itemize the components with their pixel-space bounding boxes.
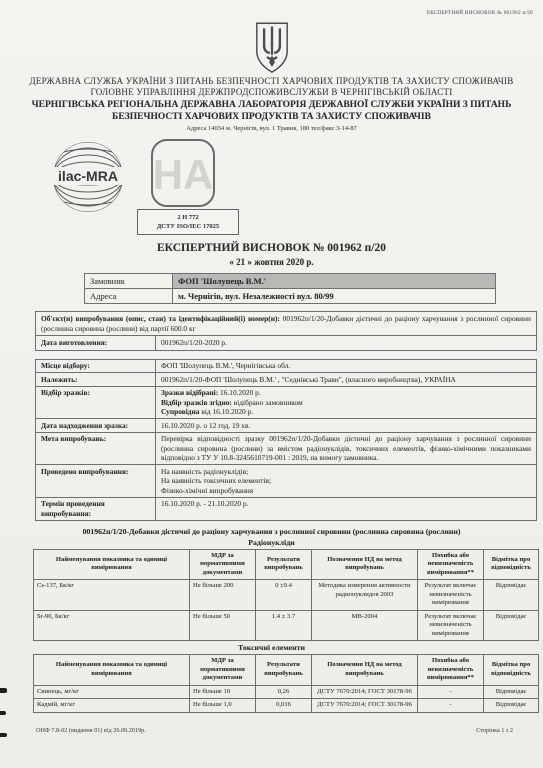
sampling-line-bold: Зразки відібрані: [161,388,218,397]
table-row: Замовник ФОП 'Шолупець В.М.' [85,274,496,289]
parameter-cell: Кадмій, мг/кг [34,699,190,713]
table-row: Дата виготовлення: 001962п/1/20-2020 р. [36,336,537,351]
method-cell: Методика измерения активности радионукли… [312,580,418,611]
table-row: Cs-137, Бк/кг Не більше 200 0 ±9.4 Метод… [34,580,539,611]
toxic-elements-table: Найменування показника та одиниці вимірю… [33,654,539,713]
lab-name: ЧЕРНІГІВСЬКА РЕГІОНАЛЬНА ДЕРЖАВНА ЛАБОРА… [0,99,543,123]
doc-ref-header: ЕКСПЕРТНИЙ ВИСНОВОК № 001962 п/20 [427,11,533,16]
table-row: Адреса м. Чернігів, вул. Незалежності ву… [85,289,496,304]
col-header-conformity: Відмітка про відповідність [484,549,539,580]
test-object-cell: Об'єкт(и) випробування (опис, стан) та і… [36,312,537,336]
table-header-row: Найменування показника та одиниці вимірю… [34,655,539,686]
conducted-line: На наявність радіонуклідів; [161,467,531,477]
page-number: Сторінка 1 з 2 [476,727,513,734]
col-header-method: Позначення НД на метод випробувань [312,655,418,686]
table-row: Місце відбору: ФОП 'Шолупець В.М.', Черн… [36,359,537,373]
table-row: Проведено випробування: На наявність рад… [36,465,537,498]
table-row: Sr-90, Бк/кг Не більше 50 1.4 ± 3.7 МВ-2… [34,610,539,641]
address-value: м. Чернігів, вул. Незалежності вул. 80/9… [173,289,496,304]
limit-cell: Не більше 1,0 [190,699,256,713]
radionuclides-section-title: Радіонукліди [0,538,543,547]
conducted-label: Проведено випробування: [36,465,156,498]
purpose-label: Мета випробувань: [36,432,156,465]
test-object-table: Об'єкт(и) випробування (опис, стан) та і… [35,311,537,351]
manufacture-date-label: Дата виготовлення: [36,336,156,351]
conducted-line: Фізико-хімічні випробування [161,486,531,496]
belongs-value: 001962п/1/20-ФОП 'Шолупець В.М.' , "Седн… [156,373,537,387]
table-row: Мета випробувань: Перевірка відповідност… [36,432,537,465]
received-date-value: 16.10.2020 р. о 12 год. 19 хв. [156,419,537,433]
accreditation-number: 2 Н 772 [139,213,237,222]
uncertainty-cell: - [418,699,484,713]
manufacture-date-value: 001962п/1/20-2020 р. [156,336,537,351]
sampling-label: Відбір зразків: [36,386,156,419]
method-cell: ДСТУ 7670:2014; ГОСТ 30178-96 [312,699,418,713]
uncertainty-cell: - [418,685,484,699]
result-cell: 0,016 [256,699,312,713]
col-header-conformity: Відмітка про відповідність [484,655,539,686]
sampling-line: Супровідна від 16.10.2020 р. [161,407,531,417]
sampling-value: Зразки відібрані: 16.10.2020 р. Відбір з… [156,386,537,419]
table-row: Належить: 001962п/1/20-ФОП 'Шолупець В.М… [36,373,537,387]
naau-logo-icon: НА [150,138,216,213]
limit-cell: Не більше 200 [190,580,256,611]
document-title: ЕКСПЕРТНИЙ ВИСНОВОК № 001962 п/20 [0,242,543,254]
table-row: Кадмій, мг/кг Не більше 1,0 0,016 ДСТУ 7… [34,699,539,713]
sampling-place-label: Місце відбору: [36,359,156,373]
conformity-cell: Відповідає [484,685,539,699]
parameter-cell: Cs-137, Бк/кг [34,580,190,611]
limit-cell: Не більше 50 [190,610,256,641]
method-cell: ДСТУ 7670:2014; ГОСТ 30178-96 [312,685,418,699]
parameter-cell: Sr-90, Бк/кг [34,610,190,641]
logos-row: ilac-MRA НА 2 Н 772 ДСТУ ISO/IEC 17025 [0,137,543,237]
test-object-label: Об'єкт(и) випробування (опис, стан) та і… [41,314,280,323]
sampling-line: Зразки відібрані: 16.10.2020 р. [161,388,531,398]
results-sample-heading: 001962п/1/20-Добавки дієтичні до раціону… [0,527,543,536]
sampling-line-bold: Супровідна [161,407,199,416]
conducted-line: На наявність токсичних елементів; [161,476,531,486]
sampling-line: Відбір зразків згідно: відібрано замовни… [161,398,531,408]
parameter-cell: Свинець, мг/кг [34,685,190,699]
sampling-line-bold: Відбір зразків згідно: [161,398,232,407]
table-row: Свинець, мг/кг Не більше 10 0,26 ДСТУ 76… [34,685,539,699]
belongs-label: Належить: [36,373,156,387]
toxic-section-title: Токсичні елементи [0,643,543,652]
sampling-place-value: ФОП 'Шолупець В.М.', Чернігівська обл. [156,359,537,373]
term-value: 16.10.2020 р. - 21.10.2020 р. [156,497,537,520]
ilac-mra-label: ilac-MRA [58,168,118,184]
scan-artifact [0,688,7,693]
uncertainty-cell: Результат включає невизначеність вимірюв… [418,580,484,611]
conformity-cell: Відповідає [484,580,539,611]
col-header-parameter: Найменування показника та одиниці вимірю… [34,549,190,580]
sampling-line-rest: відібрано замовником [234,398,303,407]
sampling-line-rest: 16.10.2020 р. [220,388,261,397]
document-page: ЕКСПЕРТНИЙ ВИСНОВОК № 001962 п/20 ДЕРЖАВ… [0,0,543,768]
conducted-value: На наявність радіонуклідів; На наявність… [156,465,537,498]
conformity-cell: Відповідає [484,610,539,641]
address-label: Адреса [85,289,173,304]
form-reference: ОНФ 7.8-02 (видання 01) від 26.09.2019р. [36,727,146,734]
col-header-uncertainty: Похибка або невизначеність вимірювання** [418,655,484,686]
trident-icon [254,22,290,74]
org-line-2: ГОЛОВНЕ УПРАВЛІННЯ ДЕРЖПРОДСПОЖИВСЛУЖБИ … [0,87,543,98]
client-value-highlighted: ФОП 'Шолупець В.М.' [173,274,496,289]
method-cell: МВ-2004 [312,610,418,641]
accreditation-number-box: 2 Н 772 ДСТУ ISO/IEC 17025 [137,209,239,235]
naau-monogram: НА [153,151,214,198]
client-table: Замовник ФОП 'Шолупець В.М.' Адреса м. Ч… [84,273,496,304]
ilac-mra-logo-icon: ilac-MRA [50,139,126,220]
col-header-limit: МДР за нормативними документами [190,549,256,580]
limit-cell: Не більше 10 [190,685,256,699]
sample-details-table: Місце відбору: ФОП 'Шолупець В.М.', Черн… [35,359,537,521]
col-header-parameter: Найменування показника та одиниці вимірю… [34,655,190,686]
scan-artifact [0,711,6,715]
table-row: Об'єкт(и) випробування (опис, стан) та і… [36,312,537,336]
radionuclides-table: Найменування показника та одиниці вимірю… [33,549,539,642]
purpose-value: Перевірка відповідності зразку 001962п/1… [156,432,537,465]
scan-artifact [0,733,7,737]
uncertainty-cell: Результат включає невизначеність вимірюв… [418,610,484,641]
col-header-result: Результати випробувань [256,549,312,580]
result-cell: 1.4 ± 3.7 [256,610,312,641]
table-row: Дата надходження зразка: 16.10.2020 р. о… [36,419,537,433]
accreditation-standard: ДСТУ ISO/IEC 17025 [139,222,237,231]
conformity-cell: Відповідає [484,699,539,713]
result-cell: 0 ±9.4 [256,580,312,611]
table-header-row: Найменування показника та одиниці вимірю… [34,549,539,580]
document-date: « 21 » жовтня 2020 р. [0,257,543,267]
page-footer: ОНФ 7.8-02 (видання 01) від 26.09.2019р.… [36,727,513,734]
col-header-uncertainty: Похибка або невизначеність вимірювання** [418,549,484,580]
table-row: Відбір зразків: Зразки відібрані: 16.10.… [36,386,537,419]
org-line-1: ДЕРЖАВНА СЛУЖБА УКРАЇНИ З ПИТАНЬ БЕЗПЕЧН… [0,76,543,87]
sampling-line-rest: від 16.10.2020 р. [201,407,253,416]
result-cell: 0,26 [256,685,312,699]
lab-address: Адреса 14034 м. Чернігів, вул. 1 Травня,… [0,125,543,132]
table-row: Термін проведення випробування: 16.10.20… [36,497,537,520]
col-header-method: Позначення НД на метод випробувань [312,549,418,580]
col-header-result: Результати випробувань [256,655,312,686]
client-label: Замовник [85,274,173,289]
col-header-limit: МДР за нормативними документами [190,655,256,686]
term-label: Термін проведення випробування: [36,497,156,520]
received-date-label: Дата надходження зразка: [36,419,156,433]
